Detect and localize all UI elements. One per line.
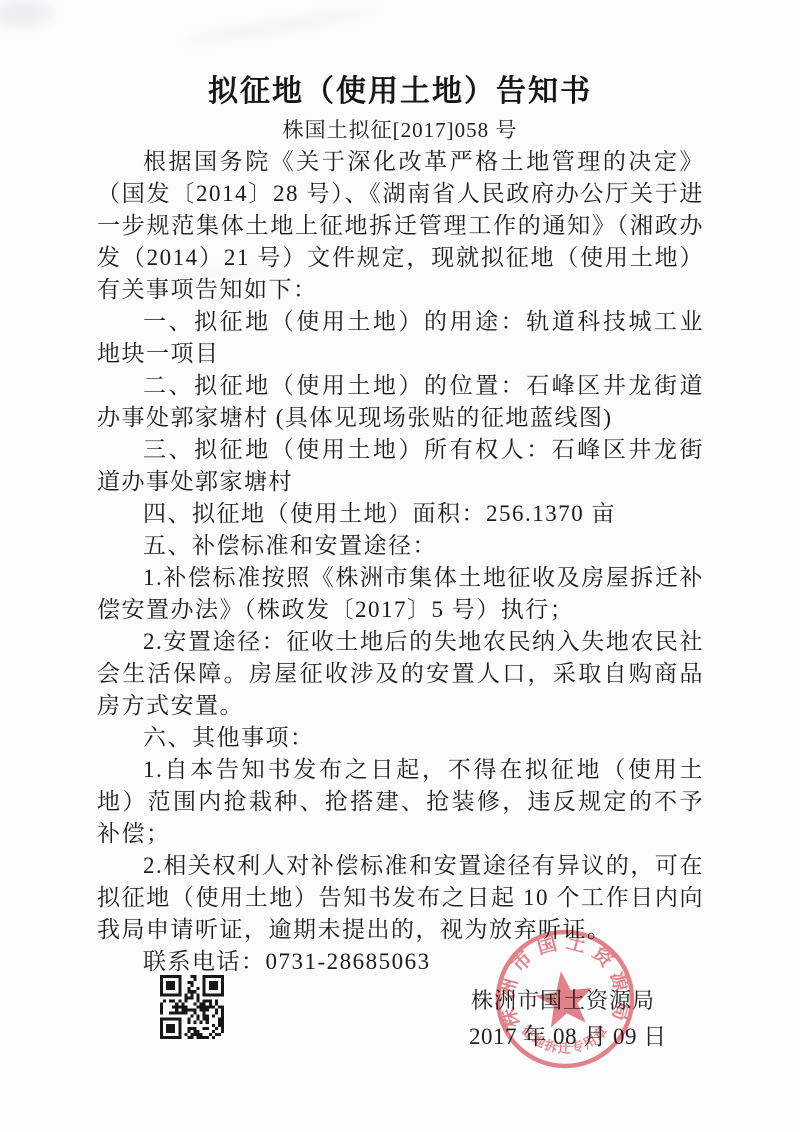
document-number: 株国土拟征[2017]058 号 [0,114,800,144]
body-paragraph: 三、拟征地（使用土地）所有权人：石峰区井龙街道办事处郭家塘村 [97,434,704,498]
body-paragraph: 1.补偿标准按照《株洲市集体土地征收及房屋拆迁补偿安置办法》（株政发〔2017〕… [97,562,704,626]
official-seal: 株洲市国土资源局 征地拆迁专用章 [485,917,649,1081]
document-title: 拟征地（使用土地）告知书 [0,66,800,110]
scan-smudge [181,6,380,45]
document-page: 拟征地（使用土地）告知书 株国土拟征[2017]058 号 根据国务院《关于深化… [0,0,800,1132]
body-paragraph: 根据国务院《关于深化改革严格土地管理的决定》（国发〔2014〕28 号）、《湖南… [97,146,704,306]
document-body: 根据国务院《关于深化改革严格土地管理的决定》（国发〔2014〕28 号）、《湖南… [97,146,704,978]
body-paragraph: 一、拟征地（使用土地）的用途：轨道科技城工业地块一项目 [97,306,704,370]
scan-smudge [0,0,52,26]
body-paragraph: 四、拟征地（使用土地）面积：256.1370 亩 [97,498,704,530]
body-paragraph: 二、拟征地（使用土地）的位置：石峰区井龙街道办事处郭家塘村 (具体见现场张贴的征… [97,370,704,434]
svg-text:征地拆迁专用章: 征地拆迁专用章 [519,1022,612,1055]
body-paragraph: 1.自本告知书发布之日起，不得在拟征地（使用土地）范围内抢栽种、抢搭建、抢装修，… [97,754,704,850]
body-paragraph: 五、补偿标准和安置途径： [97,530,704,562]
qr-code-icon [160,975,224,1039]
seal-bottom-text: 征地拆迁专用章 [519,1022,612,1055]
star-icon [533,967,597,1029]
body-paragraph: 2.安置途径：征收土地后的失地农民纳入失地农民社会生活保障。房屋征收涉及的安置人… [97,626,704,722]
body-paragraph: 六、其他事项： [97,722,704,754]
